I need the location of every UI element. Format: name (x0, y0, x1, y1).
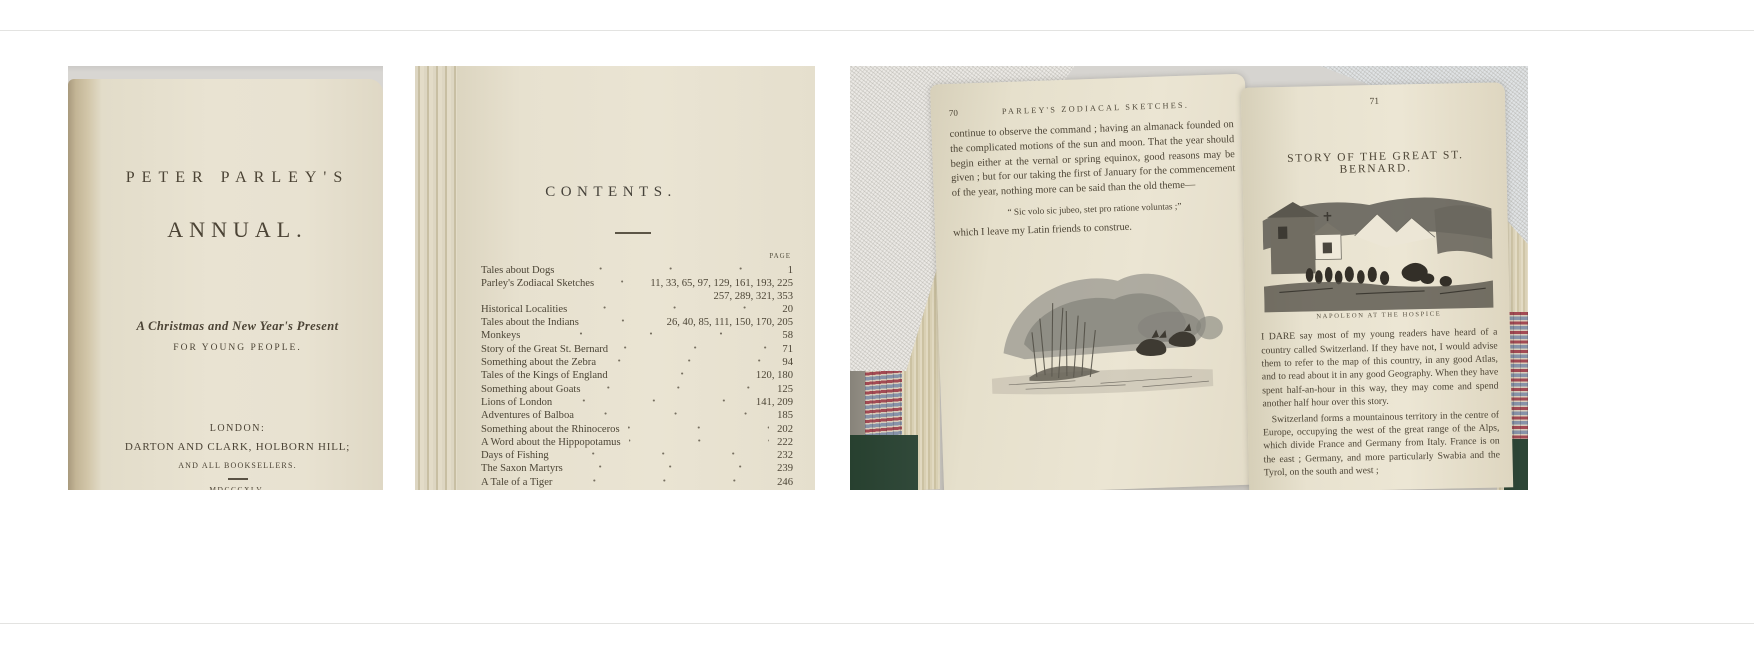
right-page-content: 71 STORY OF THE GREAT ST. BERNARD. (1256, 95, 1500, 480)
entry-pages: 125 (777, 384, 793, 396)
entry-pages: 58 (782, 330, 793, 342)
running-header: PARLEY'S ZODIACAL SKETCHES. (958, 99, 1233, 118)
entry-title: A Word about the Hippopotamus (481, 437, 621, 449)
entry-title: Story of the Great St. Bernard (481, 344, 608, 356)
left-page-paragraph: continue to observe the command ; having… (949, 118, 1236, 202)
screenshot-root: PETER PARLEY'S ANNUAL. A Christmas and N… (0, 0, 1754, 656)
title-page-photo: PETER PARLEY'S ANNUAL. A Christmas and N… (68, 66, 383, 490)
entry-pages: 202 (777, 424, 793, 436)
entry-title: Something about the Rhinoceros (481, 424, 620, 436)
right-page-number: 71 (1256, 95, 1493, 110)
dot-leader (629, 436, 770, 445)
contents-heading: CONTENTS. (457, 184, 765, 201)
dot-leader (609, 489, 769, 490)
contents-page: CONTENTS. PAGE Tales about Dogs1 Parley'… (457, 66, 815, 490)
entry-pages: 141, 209 (756, 397, 793, 409)
entry-title: Something about the Zebra (481, 357, 596, 369)
dot-leader (560, 476, 769, 485)
book-title-line2: ANNUAL. (98, 217, 377, 243)
dot-leader (582, 409, 769, 418)
imprint-divider (228, 478, 248, 480)
napoleon-at-the-hospice-illustration (1261, 186, 1493, 313)
entry-pages: 11, 33, 65, 97, 129, 161, 193, 225 (650, 278, 793, 290)
entry-pages: 185 (777, 410, 793, 422)
entry-pages: 120, 180 (756, 370, 793, 382)
dot-leader (602, 277, 642, 286)
entry-pages: 1 (788, 265, 793, 277)
contents-entry: Something about the Zebra94 (481, 356, 793, 369)
contents-entry: Tales of the Kings of England120, 180 (481, 369, 793, 382)
entry-title: Lions of London (481, 397, 552, 409)
entry-title: Tales about the Indians (481, 317, 579, 329)
entry-pages: 257, 289, 321, 353 (714, 291, 793, 303)
entry-pages: 26, 40, 85, 111, 150, 170, 205 (667, 317, 793, 329)
hares-in-marsh-illustration (971, 245, 1226, 404)
right-page-paragraph-1: I DARE say most of my young readers have… (1260, 326, 1498, 411)
contents-entry: Parley's Zodiacal Sketches11, 33, 65, 97… (481, 277, 793, 290)
contents-entry: The Rich Girl and Poor Boy250 (481, 489, 793, 490)
green-cover-board-left (850, 435, 918, 490)
title-page-text: PETER PARLEY'S ANNUAL. A Christmas and N… (98, 79, 377, 490)
contents-entry: A Word about the Hippopotamus222 (481, 436, 793, 449)
entry-pages: 232 (777, 450, 793, 462)
frame-line-top (0, 30, 1754, 31)
right-page: 71 STORY OF THE GREAT ST. BERNARD. (1240, 82, 1513, 490)
entry-title: Tales of the Kings of England (481, 370, 608, 382)
contents-entry: Days of Fishing232 (481, 449, 793, 462)
contents-page-photo: CONTENTS. PAGE Tales about Dogs1 Parley'… (415, 66, 815, 490)
book-title-line1: PETER PARLEY'S (98, 169, 377, 187)
title-page: PETER PARLEY'S ANNUAL. A Christmas and N… (68, 79, 383, 490)
entry-title: Historical Localities (481, 304, 567, 316)
dot-leader (616, 369, 748, 378)
entry-pages: 239 (777, 463, 793, 475)
contents-entry: Lions of London141, 209 (481, 396, 793, 409)
dot-leader (587, 316, 659, 325)
entry-title: Monkeys (481, 330, 520, 342)
story-heading: STORY OF THE GREAT ST. BERNARD. (1257, 149, 1494, 178)
entry-pages: 94 (782, 357, 793, 369)
dot-leader (588, 383, 769, 392)
contents-entry: Story of the Great St. Bernard71 (481, 343, 793, 356)
contents-entry: Monkeys58 (481, 329, 793, 342)
dot-leader (628, 423, 770, 432)
right-page-paragraph-2: Switzerland forms a mountainous territor… (1262, 408, 1500, 480)
page-column-header: PAGE (769, 252, 791, 260)
frame-line-bottom (0, 623, 1754, 624)
latin-quote: “ Sic volo sic jubeo, stet pro ratione v… (952, 199, 1236, 219)
dedication-subline: FOR YOUNG PEOPLE. (98, 343, 377, 353)
entry-title: Something about Goats (481, 384, 580, 396)
left-page-header: 70 PARLEY'S ZODIACAL SKETCHES. (949, 98, 1233, 118)
dot-leader (604, 356, 774, 365)
left-page-number: 70 (949, 107, 958, 117)
imprint-publisher: DARTON AND CLARK, HOLBORN HILL; (98, 441, 377, 453)
contents-entry: Something about Goats125 (481, 383, 793, 396)
dot-leader (528, 329, 774, 338)
contents-entry: Adventures of Balboa185 (481, 409, 793, 422)
contents-entry: Tales about the Indians26, 40, 85, 111, … (481, 316, 793, 329)
dot-leader (560, 396, 748, 405)
entry-pages: 246 (777, 477, 793, 489)
entry-pages: 71 (782, 344, 793, 356)
dot-leader (571, 462, 769, 471)
contents-divider (615, 232, 651, 234)
entry-title: Tales about Dogs (481, 265, 554, 277)
contents-entry: The Saxon Martyrs239 (481, 462, 793, 475)
imprint-year: MDCCCXLV. (98, 485, 377, 490)
contents-list: Tales about Dogs1 Parley's Zodiacal Sket… (481, 264, 793, 490)
entry-title: Adventures of Balboa (481, 410, 574, 422)
dedication-line: A Christmas and New Year's Present (98, 319, 377, 334)
page-stack-edge (415, 66, 457, 490)
open-spread-photo: 70 PARLEY'S ZODIACAL SKETCHES. continue … (850, 66, 1528, 490)
dot-leader (557, 449, 769, 458)
left-page-closing-line: which I leave my Latin friends to constr… (953, 218, 1237, 239)
entry-title: Parley's Zodiacal Sketches (481, 278, 594, 290)
entry-title: Days of Fishing (481, 450, 549, 462)
contents-entry: A Tale of a Tiger246 (481, 476, 793, 489)
imprint-booksellers: AND ALL BOOKSELLERS. (98, 461, 377, 470)
dot-leader (575, 303, 774, 312)
contents-entry: Tales about Dogs1 (481, 264, 793, 277)
dot-leader (562, 264, 779, 273)
entry-pages: 20 (782, 304, 793, 316)
imprint-city: LONDON: (98, 423, 377, 434)
dot-leader (616, 343, 774, 352)
left-page-content: 70 PARLEY'S ZODIACAL SKETCHES. continue … (949, 98, 1243, 405)
entry-title: The Saxon Martyrs (481, 463, 563, 475)
entry-pages: 222 (777, 437, 793, 449)
contents-entry: Something about the Rhinoceros202 (481, 423, 793, 436)
left-page: 70 PARLEY'S ZODIACAL SKETCHES. continue … (930, 73, 1259, 490)
entry-title: A Tale of a Tiger (481, 477, 552, 489)
contents-entry-continuation: 257, 289, 321, 353 (481, 291, 793, 303)
contents-entry: Historical Localities20 (481, 303, 793, 316)
